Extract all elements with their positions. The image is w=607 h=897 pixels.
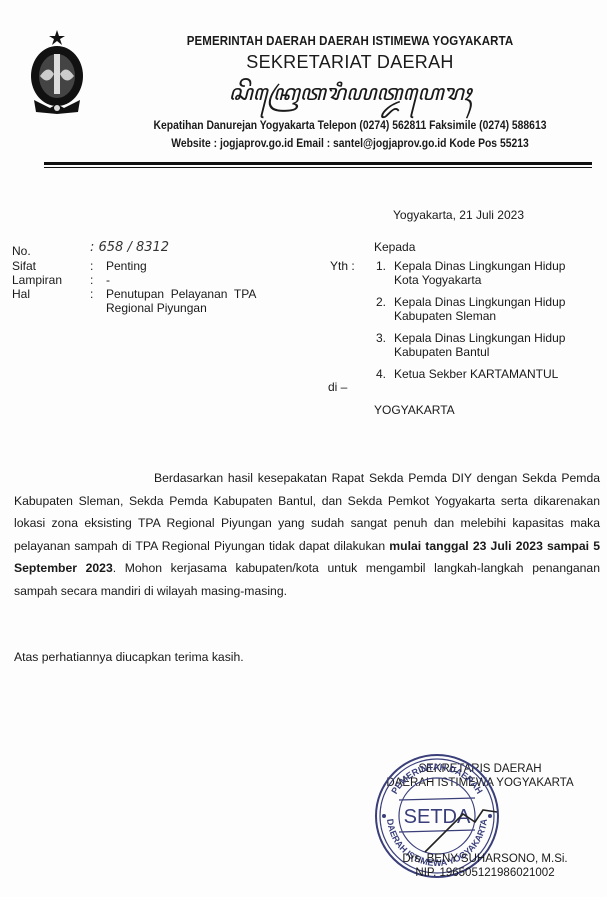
lampiran-value: - — [106, 273, 110, 287]
no-label: No. — [12, 244, 31, 258]
letterhead-javanese: ꦱꦼꦏꦿꦺꦠꦫꦶꦪꦠ꧀ꦢꦲꦺꦫꦃ — [120, 76, 580, 121]
letterhead-office: SEKRETARIAT DAERAH — [120, 52, 580, 73]
svg-text:PEMERINTAH DAERAH: PEMERINTAH DAERAH — [389, 762, 484, 796]
letterhead-government: PEMERINTAH DAERAH DAERAH ISTIMEWA YOGYAK… — [138, 34, 561, 48]
hal-label: Hal — [12, 287, 30, 301]
hal-value-line1: Penutupan Pelayanan TPA — [106, 287, 256, 301]
no-value: : 658 / 8312 — [90, 240, 169, 255]
recipient-city: YOGYAKARTA — [374, 403, 455, 417]
sifat-value: Penting — [106, 259, 147, 273]
hal-value-line2: Regional Piyungan — [106, 301, 207, 315]
recipient-1-line2: Kota Yogyakarta — [394, 273, 481, 287]
letterhead-contact: Website : jogjaprov.go.id Email : santel… — [121, 138, 580, 150]
di-label: di – — [328, 380, 347, 394]
lampiran-colon: : — [90, 273, 93, 287]
recipient-1-num: 1. — [376, 259, 386, 273]
recipient-3-line1: Kepala Dinas Lingkungan Hidup — [394, 331, 565, 345]
letter-date: Yogyakarta, 21 Juli 2023 — [393, 208, 524, 222]
lampiran-label: Lampiran — [12, 273, 62, 287]
recipient-4-num: 4. — [376, 367, 386, 381]
signatory-nip: NIP. 196505121986021002 — [380, 866, 590, 880]
letterhead-address: Kepatihan Danurejan Yogyakarta Telepon (… — [121, 120, 580, 132]
signatory-name: Drs. BENY SUHARSONO, M.Si. — [380, 852, 590, 866]
hal-colon: : — [90, 287, 93, 301]
sifat-colon: : — [90, 259, 93, 273]
recipient-4-line1: Ketua Sekber KARTAMANTUL — [394, 367, 558, 381]
recipient-2-line1: Kepala Dinas Lingkungan Hidup — [394, 295, 565, 309]
recipient-2-num: 2. — [376, 295, 386, 309]
coat-of-arms-icon — [28, 28, 86, 116]
sifat-label: Sifat — [12, 259, 36, 273]
letterhead-rule-thin — [44, 167, 592, 168]
body-paragraph-2: Atas perhatiannya diucapkan terima kasih… — [14, 646, 600, 669]
recipient-3-line2: Kabupaten Bantul — [394, 345, 489, 359]
yth-label: Yth : — [330, 259, 355, 273]
letterhead-rule-thick — [44, 162, 592, 165]
recipient-2-line2: Kabupaten Sleman — [394, 309, 496, 323]
kepada-label: Kepada — [374, 240, 415, 254]
recipient-1-line1: Kepala Dinas Lingkungan Hidup — [394, 259, 565, 273]
recipient-3-num: 3. — [376, 331, 386, 345]
body-paragraph-1: Berdasarkan hasil kesepakatan Rapat Sekd… — [14, 467, 600, 602]
